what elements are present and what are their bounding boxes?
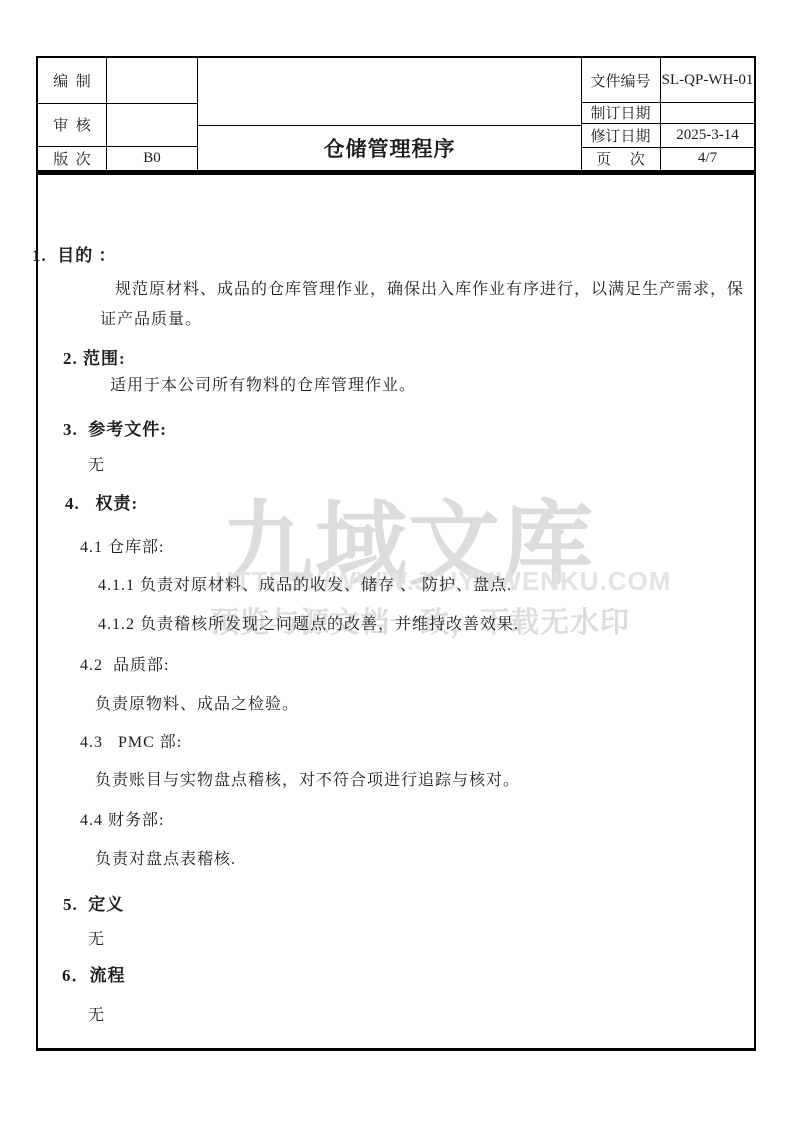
section-4-heading: 4. 权责:: [65, 495, 138, 514]
revision-date-label: 修订日期: [581, 123, 660, 147]
compiler-value: [107, 58, 197, 103]
revision-date-value: 2025-3-14: [661, 123, 754, 147]
section-4-1-2-item: 4.1.2 负责稽核所发现之问题点的改善，并维持改善效果.: [98, 616, 519, 634]
section-3-heading: 3. 参考文件:: [63, 421, 167, 440]
page-number-value: 4/7: [661, 147, 754, 170]
section-2-paragraph: 适用于本公司所有物料的仓库管理作业。: [110, 377, 416, 395]
header-table: 编 制 审 核 版 次 B0 仓储管理程序 文件编号 SL-QP-WH-01 制…: [36, 56, 756, 172]
document-title: 仓储管理程序: [198, 125, 581, 170]
section-4-3-heading: 4.3 PMC 部:: [80, 734, 182, 752]
section-1-paragraph: 证产品质量。: [100, 311, 202, 329]
version-value: B0: [107, 146, 197, 170]
section-4-2-paragraph: 负责原物料、成品之检验。: [95, 696, 299, 714]
section-4-1-1-item: 4.1.1 负责对原材料、成品的收发、储存 、 防护、盘点.: [98, 577, 512, 595]
page-number-label: 页 次: [581, 147, 660, 170]
section-4-3-paragraph: 负责账目与实物盘点稽核，对不符合项进行追踪与核对。: [95, 772, 520, 790]
section-6-heading: 6．流程: [62, 967, 126, 986]
section-5-paragraph: 无: [88, 931, 105, 949]
section-1-paragraph: 规范原材料、成品的仓库管理作业，确保出入库作业有序进行，以满足生产需求，保: [115, 281, 744, 299]
section-2-heading: 2. 范围:: [63, 350, 126, 369]
doc-number-label: 文件编号: [581, 58, 660, 102]
document-body: 九域文库 HTTPS://WWW.JIUYUWENKU.COM 预览与源文档一致…: [36, 172, 756, 1051]
issue-date-label: 制订日期: [581, 102, 660, 123]
compiler-label: 编 制: [38, 58, 106, 103]
reviewer-label: 审 核: [38, 103, 106, 146]
section-4-1-heading: 4.1 仓库部:: [80, 539, 164, 557]
section-1-heading: 1. 目的 ：: [32, 247, 117, 266]
issue-date-value: [661, 102, 754, 123]
version-label: 版 次: [38, 146, 106, 170]
section-6-paragraph: 无: [88, 1007, 105, 1025]
section-4-4-heading: 4.4 财务部:: [80, 812, 164, 830]
section-5-heading: 5. 定义: [63, 896, 124, 915]
section-3-paragraph: 无: [88, 457, 105, 475]
section-4-2-heading: 4.2 品质部:: [80, 657, 169, 675]
doc-number-value: SL-QP-WH-01: [661, 58, 754, 102]
reviewer-value: [107, 103, 197, 146]
document-page: 编 制 审 核 版 次 B0 仓储管理程序 文件编号 SL-QP-WH-01 制…: [0, 0, 793, 1122]
section-4-4-paragraph: 负责对盘点表稽核.: [95, 851, 236, 869]
